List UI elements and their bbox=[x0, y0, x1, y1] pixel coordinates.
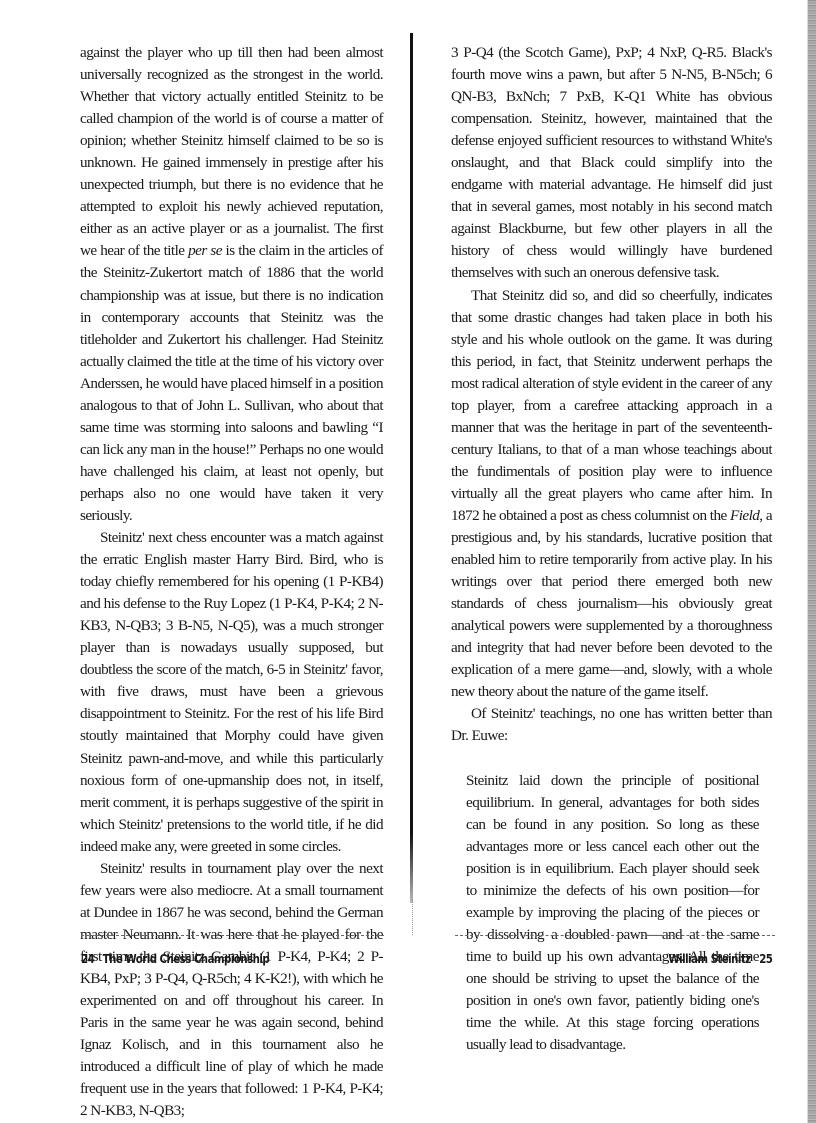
right-footer-rule bbox=[455, 935, 775, 936]
block-quote-text: Steinitz laid down the principle of posi… bbox=[466, 770, 759, 1057]
left-running-head: The World Chess Championship bbox=[103, 952, 270, 966]
right-page-number: 25 bbox=[759, 952, 772, 966]
right-running-head: William Steinitz bbox=[668, 952, 750, 966]
left-paragraph-2: Steinitz' next chess encounter was a mat… bbox=[80, 527, 383, 858]
right-paragraph-1: 3 P-Q4 (the Scotch Game), PxP; 4 NxP, Q-… bbox=[451, 42, 772, 285]
per-se-italic: per se bbox=[188, 242, 222, 259]
right-page-footer: William Steinitz25 bbox=[668, 952, 772, 966]
left-paragraph-1: against the player who up till then had … bbox=[80, 42, 383, 527]
left-page-footer: 24The World Chess Championship bbox=[81, 952, 269, 966]
euwe-block-quote: Steinitz laid down the principle of posi… bbox=[466, 770, 759, 1057]
scanned-page-edge-shading bbox=[808, 0, 816, 1123]
left-page-number: 24 bbox=[81, 952, 94, 966]
right-paragraph-2: That Steinitz did so, and did so cheerfu… bbox=[451, 285, 772, 704]
right-paragraph-3: Of Steinitz' teachings, no one has writt… bbox=[451, 703, 772, 747]
field-italic: Field bbox=[730, 507, 759, 524]
gutter-dots bbox=[412, 900, 414, 935]
left-paragraph-3: Steinitz' results in tournament play ove… bbox=[80, 858, 383, 1123]
left-footer-rule bbox=[81, 935, 384, 936]
book-gutter-line bbox=[410, 33, 413, 903]
right-page-text-column: 3 P-Q4 (the Scotch Game), PxP; 4 NxP, Q-… bbox=[451, 42, 772, 1056]
